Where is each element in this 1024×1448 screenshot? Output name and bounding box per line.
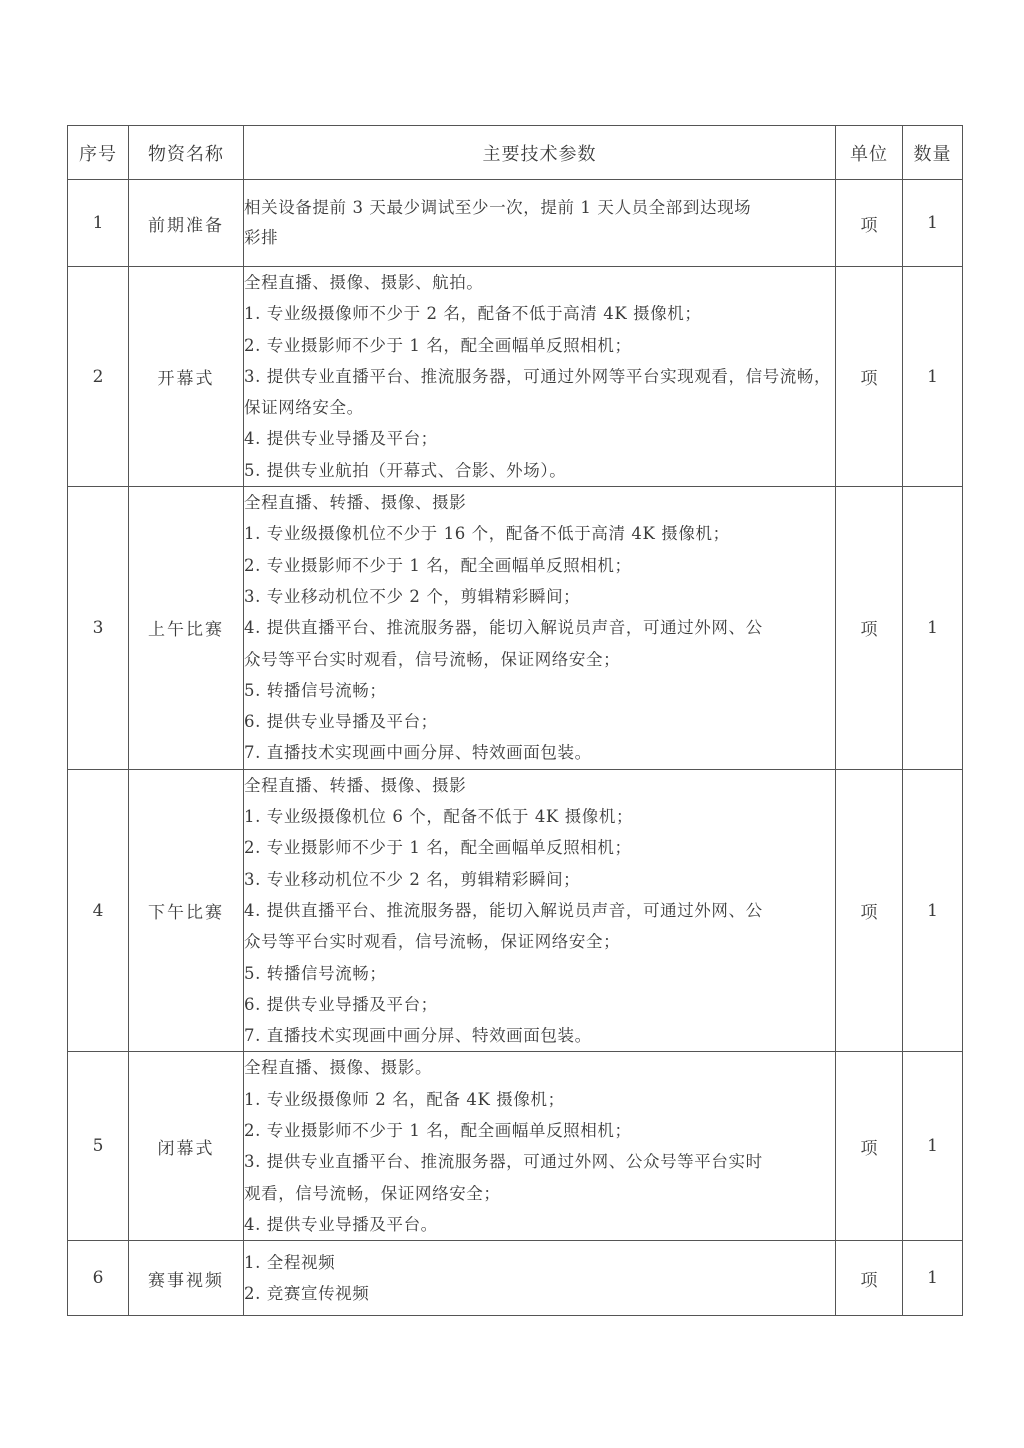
cell-serial-number: 1 [68, 180, 129, 267]
cell-unit: 项 [836, 267, 903, 487]
cell-quantity: 1 [903, 769, 963, 1052]
spec-line: 3. 提供专业直播平台、推流服务器，可通过外网、公众号等平台实时 [244, 1146, 835, 1177]
table-row: 1 前期准备 相关设备提前 3 天最少调试至少一次，提前 1 天人员全部到达现场… [68, 180, 963, 267]
cell-quantity: 1 [903, 1052, 963, 1241]
spec-line: 全程直播、摄像、摄影、航拍。 [244, 267, 835, 298]
spec-line: 1. 专业级摄像师 2 名，配备 4K 摄像机； [244, 1084, 835, 1115]
spec-line: 7. 直播技术实现画中画分屏、特效画面包装。 [244, 1020, 835, 1051]
header-serial-number: 序号 [68, 126, 129, 180]
spec-line: 4. 提供直播平台、推流服务器，能切入解说员声音，可通过外网、公 [244, 895, 835, 926]
cell-quantity: 1 [903, 487, 963, 770]
spec-line: 2. 专业摄影师不少于 1 名，配全画幅单反照相机； [244, 330, 835, 361]
spec-line: 观看，信号流畅，保证网络安全； [244, 1178, 835, 1209]
cell-item-name: 闭幕式 [129, 1052, 244, 1241]
cell-technical-params: 全程直播、摄像、摄影。 1. 专业级摄像师 2 名，配备 4K 摄像机； 2. … [244, 1052, 836, 1241]
header-item-name: 物资名称 [129, 126, 244, 180]
spec-line: 3. 提供专业直播平台、推流服务器，可通过外网等平台实现观看，信号流畅， [244, 361, 835, 392]
cell-serial-number: 3 [68, 487, 129, 770]
cell-quantity: 1 [903, 1241, 963, 1316]
spec-line: 2. 专业摄影师不少于 1 名，配全画幅单反照相机； [244, 832, 835, 863]
spec-line: 众号等平台实时观看，信号流畅，保证网络安全； [244, 644, 835, 675]
cell-unit: 项 [836, 487, 903, 770]
cell-item-name: 前期准备 [129, 180, 244, 267]
spec-line: 6. 提供专业导播及平台； [244, 989, 835, 1020]
cell-unit: 项 [836, 1241, 903, 1316]
cell-item-name: 赛事视频 [129, 1241, 244, 1316]
cell-unit: 项 [836, 180, 903, 267]
spec-line: 4. 提供专业导播及平台。 [244, 1209, 835, 1240]
header-technical-params: 主要技术参数 [244, 126, 836, 180]
cell-item-name: 上午比赛 [129, 487, 244, 770]
spec-line: 1. 专业级摄像机位 6 个，配备不低于 4K 摄像机； [244, 801, 835, 832]
cell-technical-params: 全程直播、转播、摄像、摄影 1. 专业级摄像机位 6 个，配备不低于 4K 摄像… [244, 769, 836, 1052]
cell-item-name: 下午比赛 [129, 769, 244, 1052]
spec-line: 4. 提供专业导播及平台； [244, 423, 835, 454]
header-quantity: 数量 [903, 126, 963, 180]
cell-quantity: 1 [903, 267, 963, 487]
equipment-spec-table: 序号 物资名称 主要技术参数 单位 数量 1 前期准备 相关设备提前 3 天最少… [67, 125, 963, 1316]
spec-line: 保证网络安全。 [244, 392, 835, 423]
spec-line: 全程直播、摄像、摄影。 [244, 1052, 835, 1083]
table-header-row: 序号 物资名称 主要技术参数 单位 数量 [68, 126, 963, 180]
cell-serial-number: 2 [68, 267, 129, 487]
spec-line: 6. 提供专业导播及平台； [244, 706, 835, 737]
table-row: 2 开幕式 全程直播、摄像、摄影、航拍。 1. 专业级摄像师不少于 2 名，配备… [68, 267, 963, 487]
cell-technical-params: 相关设备提前 3 天最少调试至少一次，提前 1 天人员全部到达现场 彩排 [244, 180, 836, 267]
cell-technical-params: 1. 全程视频 2. 竞赛宣传视频 [244, 1241, 836, 1316]
spec-line: 3. 专业移动机位不少 2 个，剪辑精彩瞬间； [244, 581, 835, 612]
spec-line: 2. 专业摄影师不少于 1 名，配全画幅单反照相机； [244, 550, 835, 581]
spec-line: 3. 专业移动机位不少 2 名，剪辑精彩瞬间； [244, 864, 835, 895]
cell-serial-number: 5 [68, 1052, 129, 1241]
spec-line: 5. 提供专业航拍（开幕式、合影、外场）。 [244, 455, 835, 486]
spec-line: 4. 提供直播平台、推流服务器，能切入解说员声音，可通过外网、公 [244, 612, 835, 643]
spec-line: 相关设备提前 3 天最少调试至少一次，提前 1 天人员全部到达现场 [244, 193, 835, 223]
spec-line: 全程直播、转播、摄像、摄影 [244, 487, 835, 518]
spec-line: 彩排 [244, 223, 835, 253]
spec-line: 5. 转播信号流畅； [244, 675, 835, 706]
spec-line: 2. 竞赛宣传视频 [244, 1278, 835, 1309]
cell-unit: 项 [836, 1052, 903, 1241]
spec-line: 2. 专业摄影师不少于 1 名，配全画幅单反照相机； [244, 1115, 835, 1146]
spec-line: 7. 直播技术实现画中画分屏、特效画面包装。 [244, 737, 835, 768]
table-row: 3 上午比赛 全程直播、转播、摄像、摄影 1. 专业级摄像机位不少于 16 个，… [68, 487, 963, 770]
spec-line: 1. 全程视频 [244, 1247, 835, 1278]
cell-technical-params: 全程直播、摄像、摄影、航拍。 1. 专业级摄像师不少于 2 名，配备不低于高清 … [244, 267, 836, 487]
spec-line: 全程直播、转播、摄像、摄影 [244, 770, 835, 801]
document-page: 序号 物资名称 主要技术参数 单位 数量 1 前期准备 相关设备提前 3 天最少… [0, 0, 1024, 1448]
table-row: 5 闭幕式 全程直播、摄像、摄影。 1. 专业级摄像师 2 名，配备 4K 摄像… [68, 1052, 963, 1241]
spec-line: 5. 转播信号流畅； [244, 958, 835, 989]
table-row: 4 下午比赛 全程直播、转播、摄像、摄影 1. 专业级摄像机位 6 个，配备不低… [68, 769, 963, 1052]
header-unit: 单位 [836, 126, 903, 180]
cell-unit: 项 [836, 769, 903, 1052]
cell-serial-number: 6 [68, 1241, 129, 1316]
spec-line: 众号等平台实时观看，信号流畅，保证网络安全； [244, 926, 835, 957]
cell-quantity: 1 [903, 180, 963, 267]
spec-line: 1. 专业级摄像机位不少于 16 个，配备不低于高清 4K 摄像机； [244, 518, 835, 549]
table-row: 6 赛事视频 1. 全程视频 2. 竞赛宣传视频 项 1 [68, 1241, 963, 1316]
cell-serial-number: 4 [68, 769, 129, 1052]
spec-line: 1. 专业级摄像师不少于 2 名，配备不低于高清 4K 摄像机； [244, 298, 835, 329]
cell-technical-params: 全程直播、转播、摄像、摄影 1. 专业级摄像机位不少于 16 个，配备不低于高清… [244, 487, 836, 770]
cell-item-name: 开幕式 [129, 267, 244, 487]
